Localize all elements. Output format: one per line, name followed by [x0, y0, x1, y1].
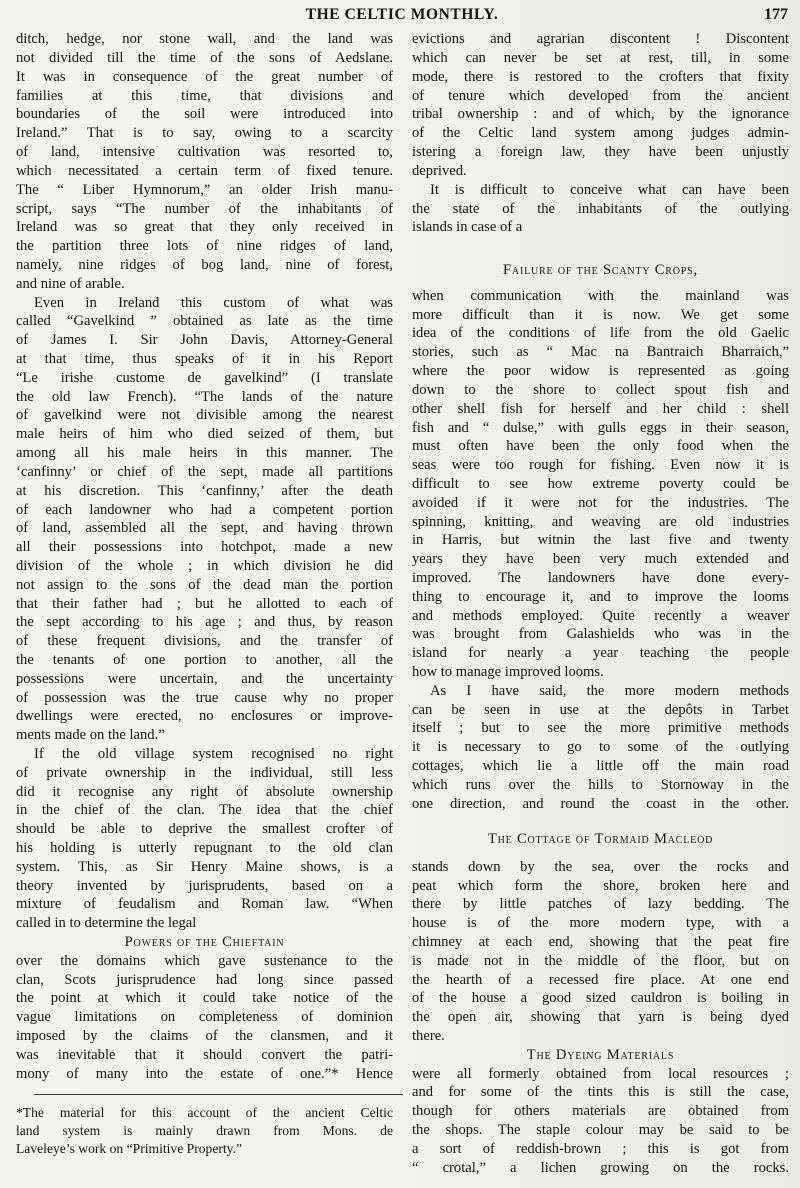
text-line: seas were too rough for fishing. Even no…: [412, 456, 789, 475]
text-line: stories, such as “ Mac na Bantraich Bhar…: [412, 343, 789, 362]
text-line: imposed by the claims of the clansmen, a…: [16, 1027, 393, 1046]
text-line: mony of many into the estate of one.”* H…: [16, 1065, 393, 1084]
text-line: evictions and agrarian discontent ! Disc…: [412, 30, 789, 49]
text-line: there by little patches of lazy bedding.…: [412, 895, 789, 914]
text-line: and methods employed. Quite recently a w…: [412, 607, 789, 626]
text-line: stands down by the sea, over the rocks a…: [412, 858, 789, 877]
text-line: called “Gavelkind ” obtained as late as …: [16, 312, 393, 331]
text-line: If the old village system recognised no …: [16, 745, 393, 764]
text-line: of private ownership in the individual, …: [16, 764, 393, 783]
text-line: of James I. Sir John Davis, Attorney-Gen…: [16, 331, 393, 350]
text-line: itself ; but to see the more primitive m…: [412, 719, 789, 738]
text-line: years they have been very much extended …: [412, 550, 789, 569]
text-line: It was in consequence of the great numbe…: [16, 68, 393, 87]
text-line: the hearth of a recessed fire place. At …: [412, 971, 789, 990]
text-line: which necessitated a certain term of fix…: [16, 162, 393, 181]
text-line: which runs over the hills to Stornoway i…: [412, 776, 789, 795]
text-line: theory invented by jurisprudents, based …: [16, 877, 393, 896]
text-line: called in to determine the legal: [16, 914, 393, 933]
text-line: islands in case of a: [412, 218, 789, 237]
text-line: chimney at each end, showing that the pe…: [412, 933, 789, 952]
text-line: namely, nine ridges of bog land, nine of…: [16, 256, 393, 275]
text-line: was brought from Galashields who was in …: [412, 625, 789, 644]
text-line: more difficult than it is now. We get so…: [412, 306, 789, 325]
text-line: thing to encourage it, and to improve th…: [412, 588, 789, 607]
text-line: of land, intensive cultivation was resor…: [16, 143, 393, 162]
text-line: the open air, showing that yarn is being…: [412, 1008, 789, 1027]
text-line: division of the whole ; in which divisio…: [16, 557, 393, 576]
text-line: As I have said, the more modern methods: [412, 682, 789, 701]
text-line: of these frequent divisions, and the tra…: [16, 632, 393, 651]
footnote-line: land system is mainly drawn from Mons. d…: [16, 1121, 393, 1140]
text-line: his holding is utterly repugnant to the …: [16, 839, 393, 858]
text-line: difficult to see how extreme poverty cou…: [412, 475, 789, 494]
text-line: The “ Liber Hymnorum,” an older Irish ma…: [16, 181, 393, 200]
text-line: among all his male heirs in this manner.…: [16, 444, 393, 463]
text-line: at his discretion. This ‘canfinny,’ afte…: [16, 482, 393, 501]
text-line: though for others materials are obtained…: [412, 1102, 789, 1121]
text-line: the point at which it could take notice …: [16, 989, 393, 1008]
text-line: should be able to deprive the smallest c…: [16, 820, 393, 839]
text-line: down to the shore to collect spout fish …: [412, 381, 789, 400]
text-line: must often have been the only food when …: [412, 437, 789, 456]
text-line: were all formerly obtained from local re…: [412, 1065, 789, 1084]
text-line: male heirs of him who died seized of the…: [16, 425, 393, 444]
text-line: boundaries of the soil were introduced i…: [16, 105, 393, 124]
text-line: peat which form the shore, broken here a…: [412, 877, 789, 896]
text-line: there.: [412, 1027, 789, 1046]
text-line: vague limitations on completeness of dom…: [16, 1008, 393, 1027]
text-line: istering a foreign law, they have been u…: [412, 143, 789, 162]
text-line: one direction, and round the coast in th…: [412, 795, 789, 814]
text-line: “ crotal,” a lichen growing on the rocks…: [412, 1159, 789, 1178]
text-line: a sort of reddish-brown ; this is got fr…: [412, 1140, 789, 1159]
text-line: and for some of the tints this is still …: [412, 1083, 789, 1102]
footnote-rule: [34, 1094, 403, 1095]
text-line: where the poor widow is represented as g…: [412, 362, 789, 381]
section-heading-powers-of-the-chieftain: Powers of the Chieftain: [16, 933, 393, 952]
running-head: THE CELTIC MONTHLY. 177: [0, 6, 800, 28]
text-line: not divided till the time of the sons of…: [16, 49, 393, 68]
text-line: possessions were uncertain, and the unce…: [16, 670, 393, 689]
text-line: It is difficult to conceive what can hav…: [412, 181, 789, 200]
text-line: the partition three lots of nine ridges …: [16, 237, 393, 256]
text-line: improved. The landowners have done every…: [412, 569, 789, 588]
text-line: the tenants of one portion to another, a…: [16, 651, 393, 670]
text-line: and nine of arable.: [16, 275, 393, 294]
text-line: mode, there is restored to the crofters …: [412, 68, 789, 87]
text-line: script, says “The number of the inhabita…: [16, 200, 393, 219]
text-line: ‘canfinny’ or chief of the sept, made al…: [16, 463, 393, 482]
text-line: spinning, knitting, and weaving are old …: [412, 513, 789, 532]
text-line: tribal ownership : and of which, by the …: [412, 105, 789, 124]
footnote-line: Laveleye’s work on “Primitive Property.”: [16, 1139, 393, 1158]
text-line: the old law French). “The lands of the n…: [16, 388, 393, 407]
footnote-line: *The material for this account of the an…: [16, 1103, 393, 1122]
text-line: that their father had ; but he allotted …: [16, 595, 393, 614]
text-line: Even in Ireland this custom of what was: [16, 294, 393, 313]
text-line: fish and “ dulse,” with gulls eggs in th…: [412, 419, 789, 438]
text-line: when communication with the mainland was: [412, 287, 789, 306]
text-line: the state of the inhabitants of the outl…: [412, 200, 789, 219]
text-line: how to manage improved looms.: [412, 663, 789, 682]
text-line: house is of the more modern type, with a: [412, 914, 789, 933]
text-line: is made not in the middle of the floor, …: [412, 952, 789, 971]
section-heading-dyeing-materials: The Dyeing Materials: [412, 1046, 789, 1065]
section-heading-cottage-of-tormaid-macleod: The Cottage of Tormaid Macleod: [412, 830, 789, 849]
text-line: did it recognise any right of absolute o…: [16, 783, 393, 802]
text-line: island for nearly a year teaching the pe…: [412, 644, 789, 663]
text-line: ditch, hedge, nor stone wall, and the la…: [16, 30, 393, 49]
text-line: not assign to the sons of the dead man t…: [16, 576, 393, 595]
text-line: Ireland was so great that they only rece…: [16, 218, 393, 237]
text-line: families at this time, that divisions an…: [16, 87, 393, 106]
text-line: “Le irishe custome de gavelkind” (I tran…: [16, 369, 393, 388]
text-line: other shell fish for herself and her chi…: [412, 400, 789, 419]
text-line: was inevitable that it should convert th…: [16, 1046, 393, 1065]
text-line: deprived.: [412, 162, 789, 181]
text-line: of the Celtic land system among judges a…: [412, 124, 789, 143]
page-number: 177: [764, 6, 788, 24]
text-line: of tenure which developed from the ancie…: [412, 87, 789, 106]
text-line: of each landowner who had a competent po…: [16, 501, 393, 520]
text-line: dwellings were erected, no enclosures or…: [16, 707, 393, 726]
text-line: of gavelkind were not divisible among th…: [16, 406, 393, 425]
text-line: idea of the conditions of life from the …: [412, 324, 789, 343]
text-line: in Harris, but witnin the last five and …: [412, 531, 789, 550]
text-line: mixture of feudalism and Roman law. “Whe…: [16, 895, 393, 914]
text-line: can be seen in use at the depôts in Tarb…: [412, 701, 789, 720]
text-line: in the chief of the clan. The idea that …: [16, 801, 393, 820]
text-line: over the domains which gave sustenance t…: [16, 952, 393, 971]
text-line: the shops. The staple colour may be said…: [412, 1121, 789, 1140]
scanned-page: THE CELTIC MONTHLY. 177 ditch, hedge, no…: [0, 0, 800, 1188]
text-line: of the house a good sized cauldron is bo…: [412, 989, 789, 1008]
text-line: avoided if it were not for the industrie…: [412, 494, 789, 513]
text-line: which can never be set at rest, till, in…: [412, 49, 789, 68]
text-line: Ireland.” That is to say, owing to a sca…: [16, 124, 393, 143]
text-line: cottages, which lie a little off the mai…: [412, 757, 789, 776]
text-line: of possession was the true cause why no …: [16, 689, 393, 708]
text-line: clan, Scots jurisprudence had long since…: [16, 971, 393, 990]
text-line: system. This, as Sir Henry Maine shows, …: [16, 858, 393, 877]
text-line: it is necessary to go to some of the out…: [412, 738, 789, 757]
text-line: ments made on the land.”: [16, 726, 393, 745]
text-line: the sept according to his age ; and thus…: [16, 613, 393, 632]
text-line: of land, assembled all the sept, and hav…: [16, 519, 393, 538]
section-heading-failure-of-the-scanty-crops: Failure of the Scanty Crops,: [412, 261, 789, 280]
text-line: all their possessions into hotchpot, mad…: [16, 538, 393, 557]
text-line: at that time, thus speaks of it in his R…: [16, 350, 393, 369]
journal-title: THE CELTIC MONTHLY.: [252, 6, 552, 24]
